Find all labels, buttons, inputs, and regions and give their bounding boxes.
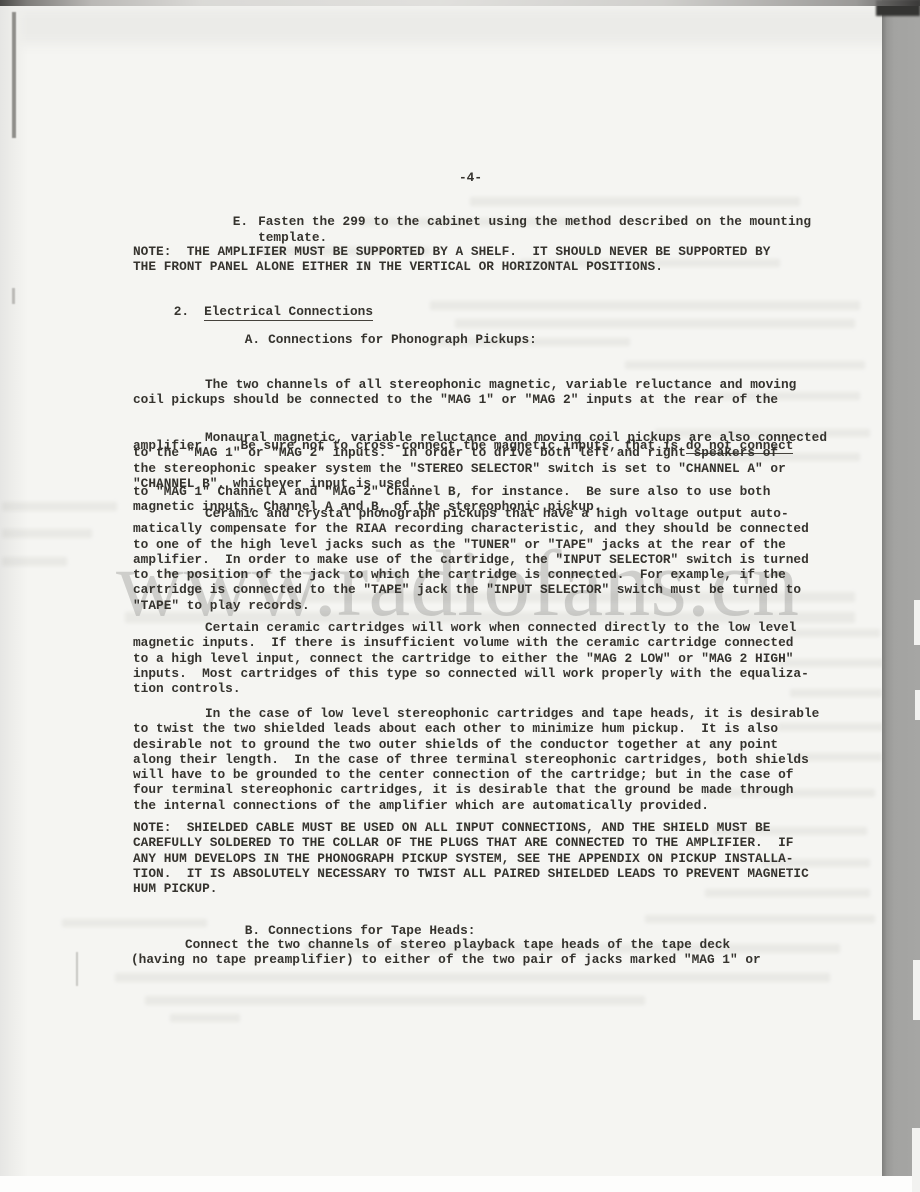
bleedthrough-mark	[62, 919, 207, 927]
paragraph-tape-head-connections: Connect the two channels of stereo playb…	[131, 937, 761, 968]
scanned-document-page: www.radiofans.cn -4- E.Fasten the 299 to…	[0, 0, 920, 1192]
margin-bracket-mark	[76, 952, 78, 986]
paragraph-low-level-cartridges: In the case of low level stereophonic ca…	[133, 706, 819, 813]
bleedthrough-mark	[2, 502, 117, 511]
scan-shading-band	[0, 8, 920, 44]
scan-edge-mark	[12, 288, 15, 304]
paragraph-monaural-pickups: Monaural magnetic, variable reluctance a…	[133, 430, 827, 491]
scan-edge-highlight	[914, 600, 920, 645]
bleedthrough-mark	[115, 973, 830, 982]
scan-edge-highlight	[912, 1128, 920, 1192]
bleedthrough-mark	[145, 996, 645, 1005]
paragraph-text: The two channels of all stereophonic mag…	[133, 377, 796, 408]
paragraph-certain-ceramic-cartridges: Certain ceramic cartridges will work whe…	[133, 620, 809, 696]
scan-edge-mark	[12, 12, 16, 138]
scan-edge-highlight	[915, 690, 920, 720]
list-item-e-text: Fasten the 299 to the cabinet using the …	[258, 214, 811, 245]
paragraph-ceramic-crystal-pickups: Ceramic and crystal phonograph pickups t…	[133, 506, 809, 613]
bleedthrough-mark	[2, 529, 92, 538]
scan-strip-left	[0, 0, 28, 1192]
bleedthrough-mark	[2, 557, 67, 566]
scan-strip-bottom	[0, 1176, 920, 1192]
bleedthrough-mark	[430, 301, 860, 310]
section-number: 2.	[174, 304, 189, 319]
scan-edge-highlight	[913, 960, 920, 1020]
scan-edge-top	[0, 0, 920, 6]
bleedthrough-mark	[645, 915, 875, 923]
note-shielded-cable: NOTE: SHIELDED CABLE MUST BE USED ON ALL…	[133, 820, 809, 896]
bleedthrough-mark	[170, 1014, 240, 1022]
note-shelf: NOTE: THE AMPLIFIER MUST BE SUPPORTED BY…	[133, 244, 770, 275]
page-number: -4-	[459, 170, 482, 185]
list-item-e-label: E.	[233, 214, 248, 229]
